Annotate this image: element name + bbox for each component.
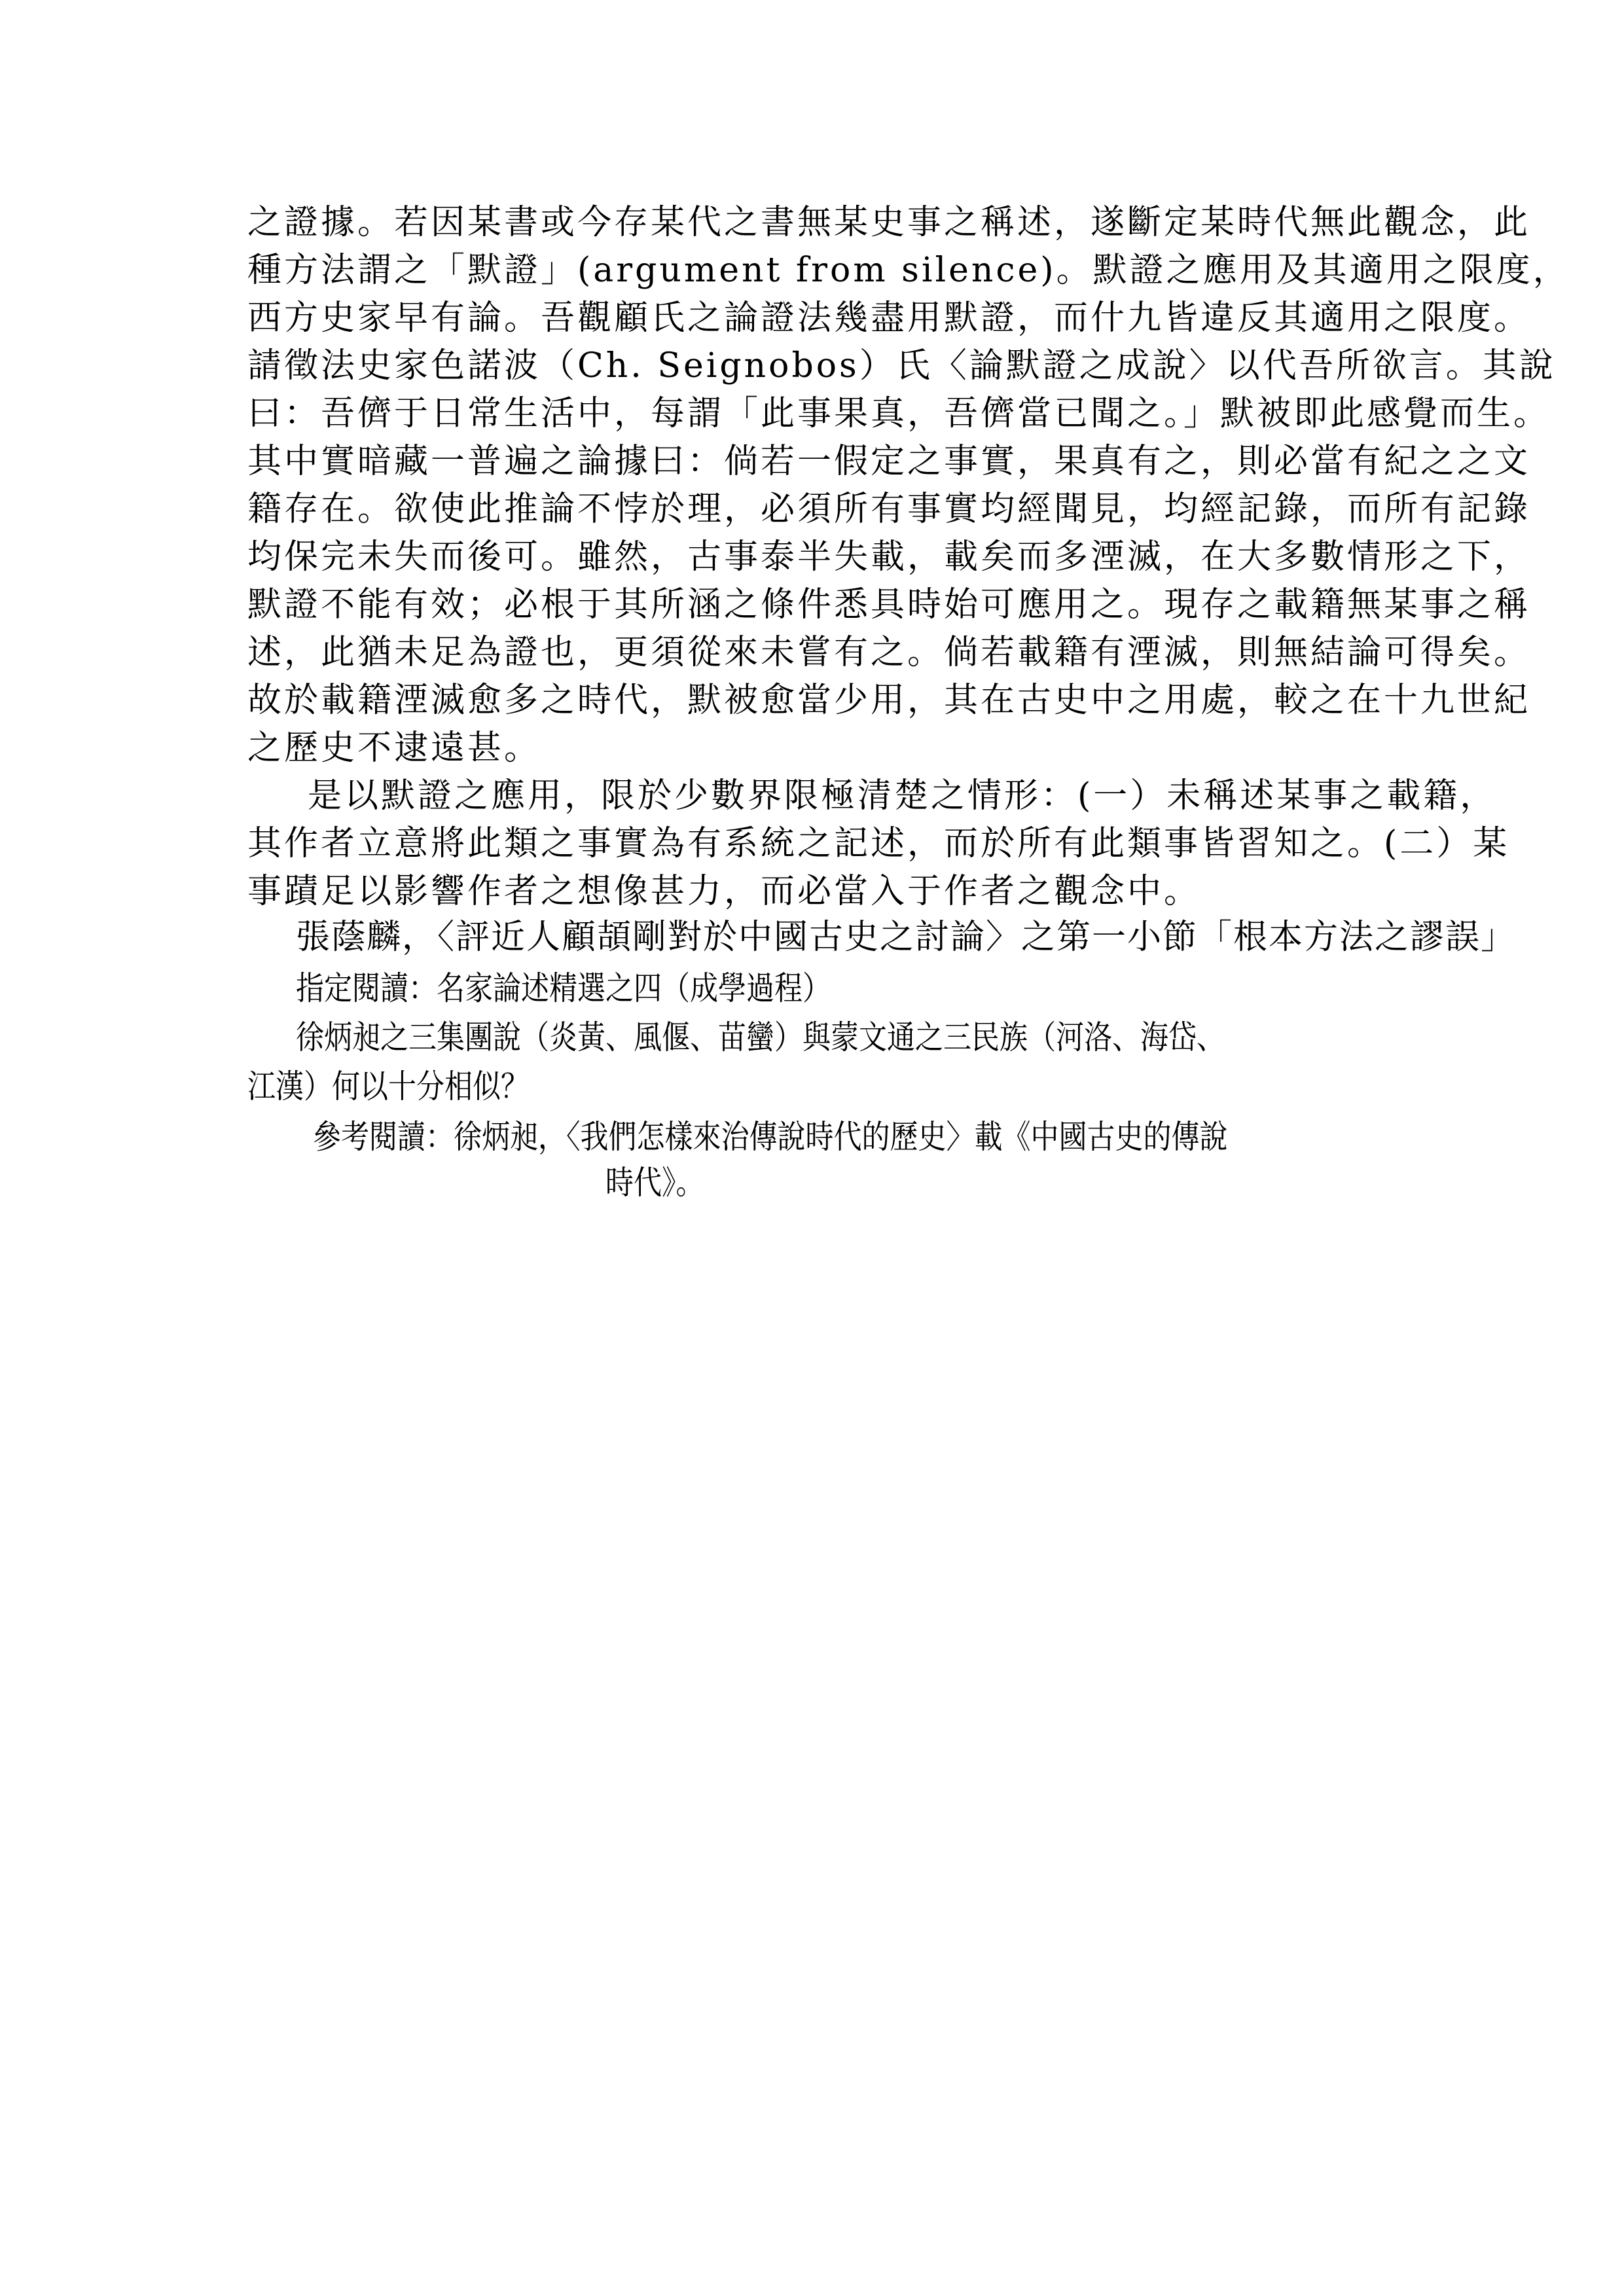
- paragraph-2-line: 是以默證之應用，限於少數界限極清楚之情形：(一）未稱述某事之載籍，: [308, 775, 1377, 817]
- source-citation: 張蔭麟，〈評近人顧頡剛對於中國古史之討論〉之第一小節「根本方法之謬誤」: [296, 916, 1516, 958]
- paragraph-1-line: 籍存在。欲使此推論不悖於理，必須所有事實均經聞見，均經記錄，而所有記錄: [247, 488, 1377, 530]
- paragraph-1-line: 種方法謂之「默證」(argument from silence)。默證之應用及其…: [247, 249, 1377, 291]
- paragraph-1-line: 之證據。若因某書或今存某代之書無某史事之稱述，遂斷定某時代無此觀念，此: [247, 202, 1377, 243]
- paragraph-2-line: 事蹟足以影響作者之想像甚力，而必當入于作者之觀念中。: [247, 870, 1200, 912]
- paragraph-1-line: 之歷史不逮遠甚。: [247, 727, 541, 769]
- document-page: 之證據。若因某書或今存某代之書無某史事之稱述，遂斷定某時代無此觀念，此 種方法謂…: [0, 0, 1624, 2296]
- paragraph-1-line: 故於載籍湮滅愈多之時代，默被愈當少用，其在古史中之用處，較之在十九世紀: [247, 679, 1377, 721]
- question-line: 江漢）何以十分相似？: [247, 1066, 529, 1107]
- reference-reading-line: 時代》。: [605, 1162, 704, 1204]
- paragraph-1-line: 其中實暗藏一普遍之論據曰：倘若一假定之事實，果真有之，則必當有紀之之文: [247, 440, 1377, 482]
- paragraph-1-line: 西方史家早有論。吾觀顧氏之論證法幾盡用默證，而什九皆違反其適用之限度。: [247, 297, 1377, 339]
- reference-reading-line: 參考閱讀：徐炳昶，〈我們怎樣來治傳說時代的歷史〉載《中國古史的傳說: [313, 1116, 1228, 1158]
- paragraph-1-line: 默證不能有效；必根于其所涵之條件悉具時始可應用之。現存之載籍無某事之稱: [247, 584, 1377, 626]
- paragraph-2-line: 其作者立意將此類之事實為有系統之記述，而於所有此類事皆習知之。(二）某: [247, 823, 1377, 865]
- paragraph-1-line: 請徵法史家色諾波（Ch. Seignobos）氏〈論默證之成說〉以代吾所欲言。其…: [247, 345, 1377, 387]
- paragraph-1-line: 均保完未失而後可。雖然，古事泰半失載，載矣而多湮滅，在大多數情形之下，: [247, 536, 1377, 578]
- assigned-reading: 指定閱讀：名家論述精選之四（成學過程）: [296, 967, 831, 1009]
- paragraph-1-line: 曰：吾儕于日常生活中，每謂「此事果真，吾儕當已聞之。」默被即此感覺而生。: [247, 393, 1377, 435]
- question-line: 徐炳昶之三集團說（炎黃、風偃、苗蠻）與蒙文通之三民族（河洛、海岱、: [296, 1016, 1225, 1058]
- paragraph-1-line: 述，此猶未足為證也，更須從來未嘗有之。倘若載籍有湮滅，則無結論可得矣。: [247, 632, 1377, 673]
